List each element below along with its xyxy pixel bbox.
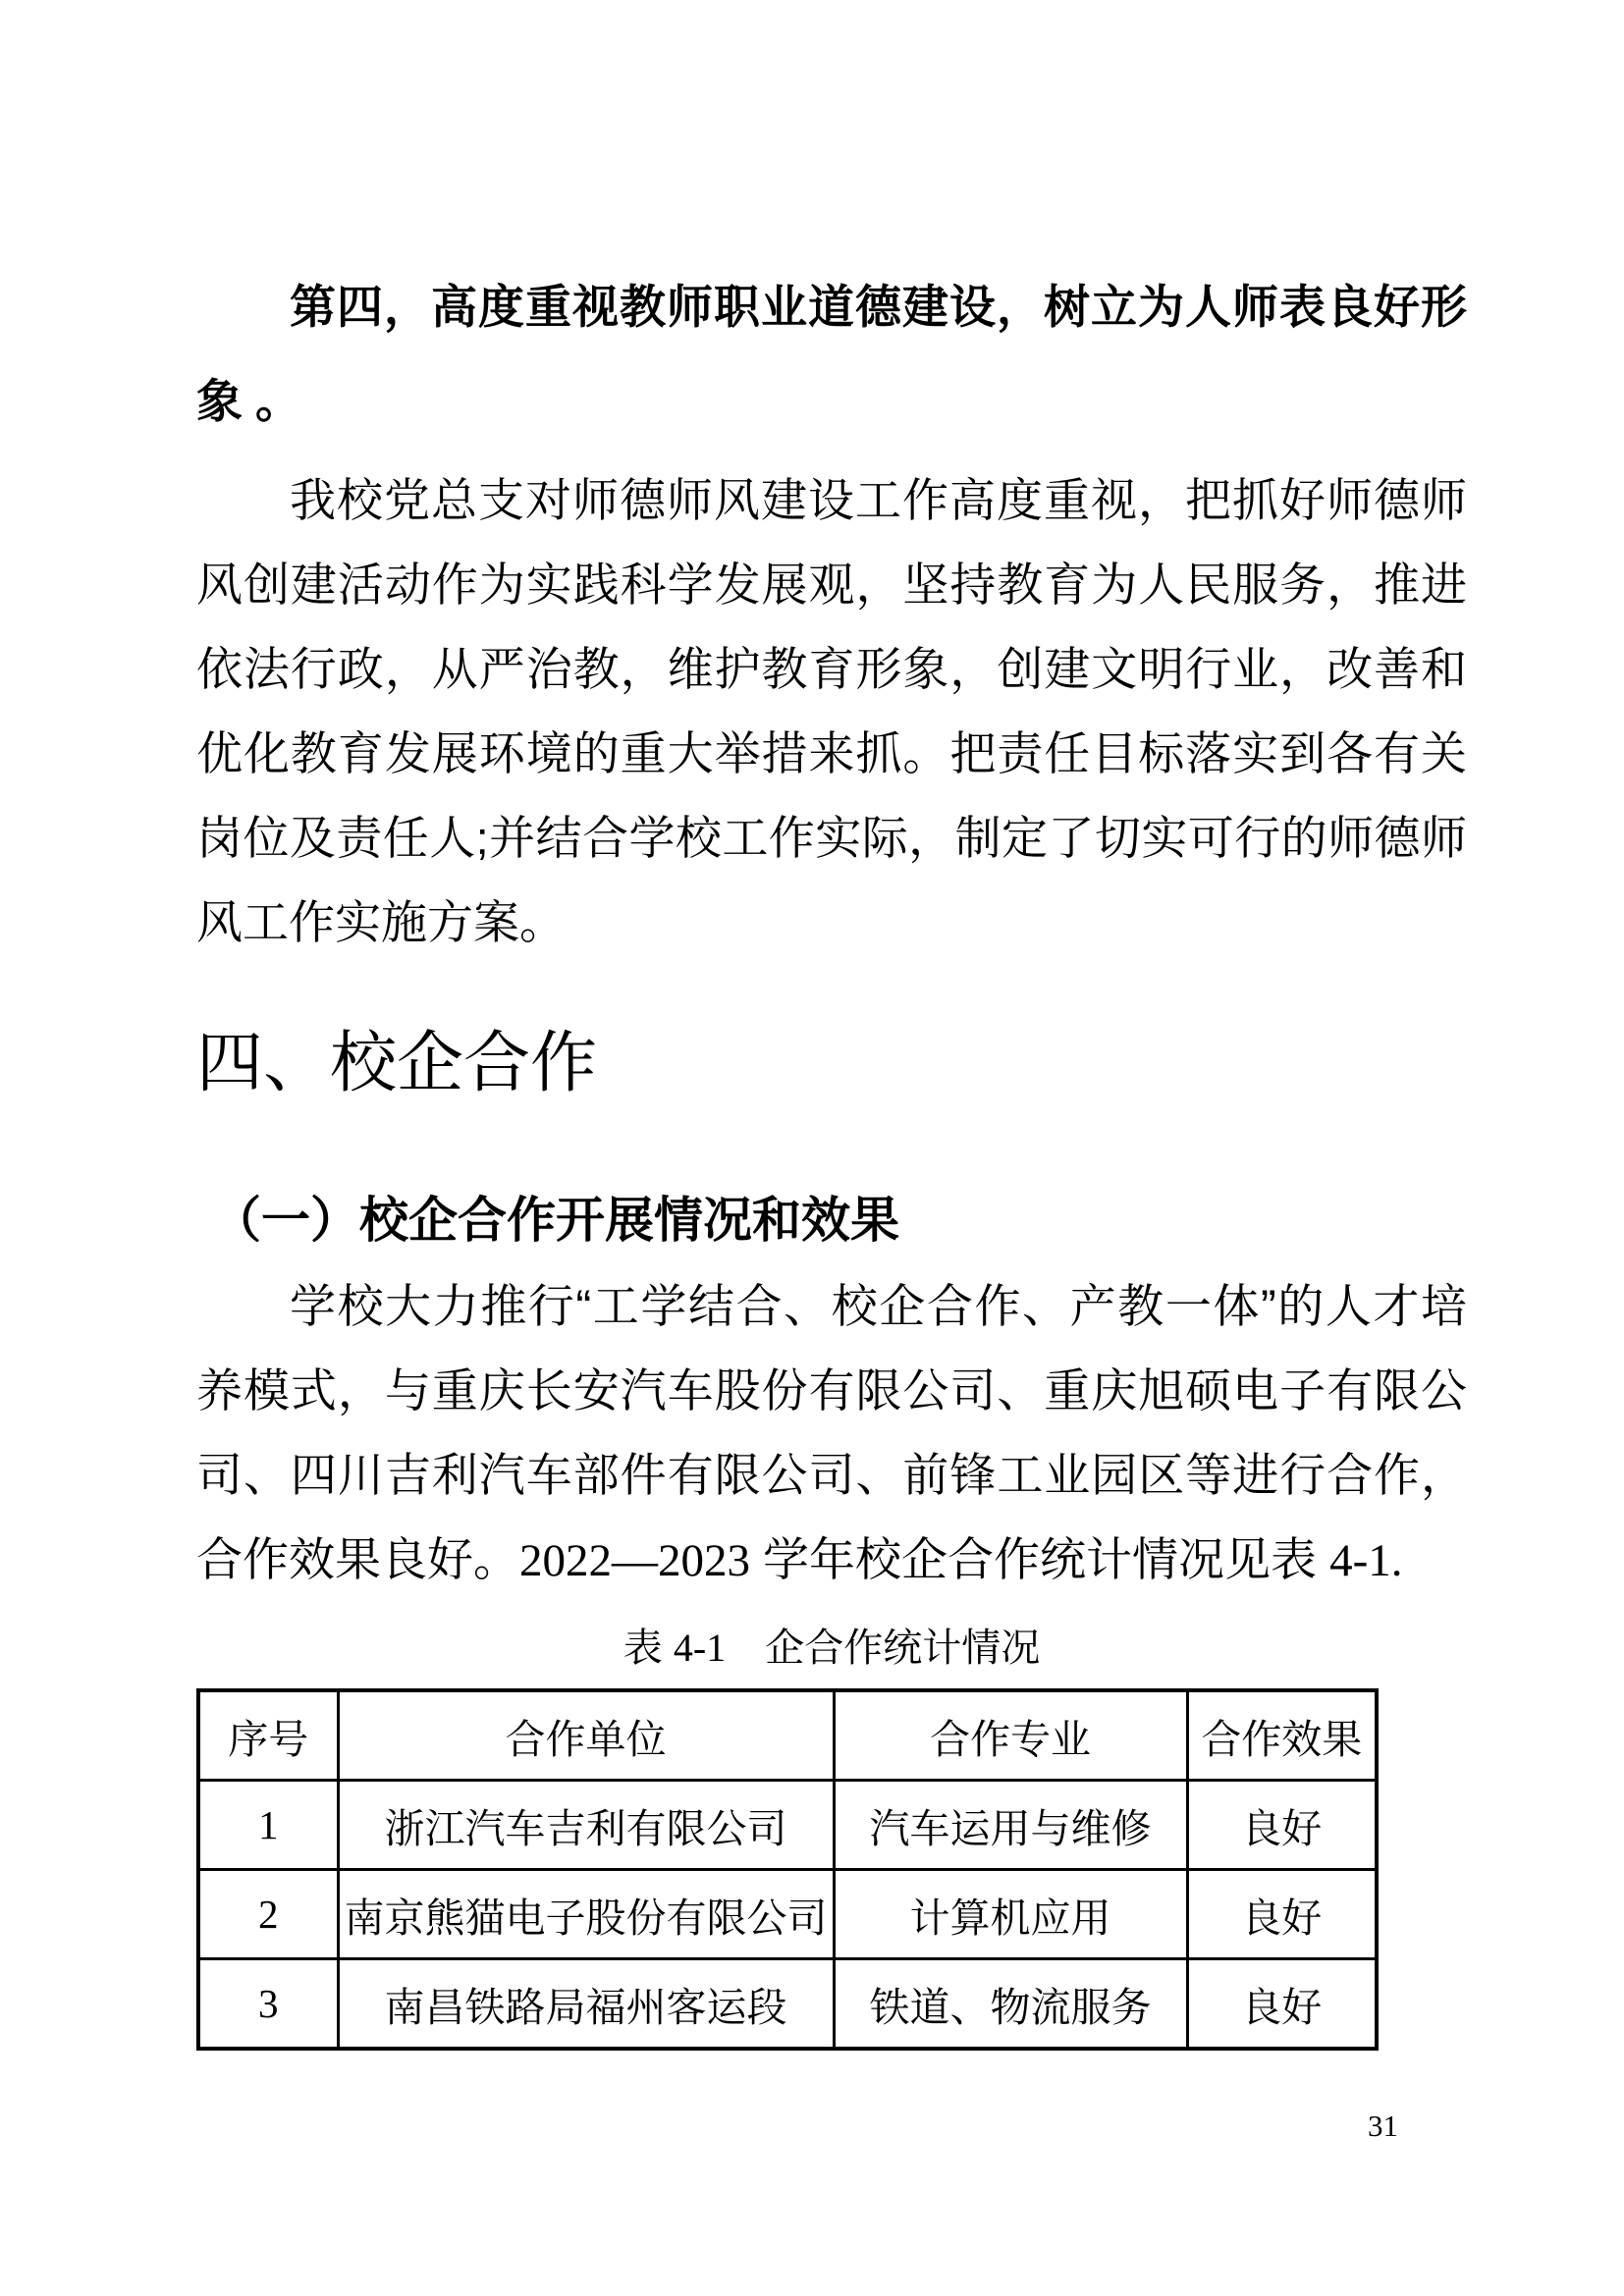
document-page: 第四，高度重视教师职业道德建设，树立为人师表良好形象 。 我校党总支对师德师风建… [0,0,1624,2296]
page-number: 31 [1368,2109,1398,2144]
table-row: 1 浙江汽车吉利有限公司 汽车运用与维修 良好 [198,1781,1377,1870]
cell-unit: 南京熊猫电子股份有限公司 [338,1870,834,1959]
paragraph-cooperation: 学校大力推行“工学结合、校企合作、产教一体”的人才培养模式，与重庆长安汽车股份有… [196,1264,1467,1603]
cell-effect: 良好 [1187,1959,1377,2050]
table-caption: 表 4-1 企合作统计情况 [196,1621,1467,1676]
cell-effect: 良好 [1187,1781,1377,1870]
section-heading: 第四，高度重视教师职业道德建设，树立为人师表良好形象 。 [196,260,1467,449]
table-header-row: 序号 合作单位 合作专业 合作效果 [198,1690,1377,1781]
chapter-heading: 四、校企合作 [196,1014,1467,1112]
cell-serial: 3 [198,1959,338,2050]
text-run-table-ref: 4-1. [1329,1535,1402,1586]
cell-effect: 良好 [1187,1870,1377,1959]
header-unit: 合作单位 [338,1690,834,1781]
subsection-heading: （一）校企合作开展情况和效果 [196,1186,1467,1255]
table-row: 3 南昌铁路局福州客运段 铁道、物流服务 良好 [198,1959,1377,2050]
cell-major: 铁道、物流服务 [834,1959,1187,2050]
caption-prefix: 表 [623,1627,674,1670]
cell-unit: 南昌铁路局福州客运段 [338,1959,834,2050]
table-row: 2 南京熊猫电子股份有限公司 计算机应用 良好 [198,1870,1377,1959]
cell-unit: 浙江汽车吉利有限公司 [338,1781,834,1870]
text-run-years: 2022—2023 [519,1535,750,1586]
cell-serial: 2 [198,1870,338,1959]
caption-number: 4-1 [674,1626,726,1670]
header-serial: 序号 [198,1690,338,1781]
cooperation-table: 序号 合作单位 合作专业 合作效果 1 浙江汽车吉利有限公司 汽车运用与维修 良… [196,1688,1379,2051]
cell-major: 汽车运用与维修 [834,1781,1187,1870]
text-run: 学年校企合作统计情况见表 [750,1533,1329,1585]
caption-title: 企合作统计情况 [726,1627,1040,1670]
page-content: 第四，高度重视教师职业道德建设，树立为人师表良好形象 。 我校党总支对师德师风建… [0,260,1624,2051]
cell-major: 计算机应用 [834,1870,1187,1959]
paragraph-teacher-ethics: 我校党总支对师德师风建设工作高度重视，把抓好师德师风创建活动作为实践科学发展观，… [196,458,1467,965]
header-major: 合作专业 [834,1690,1187,1781]
header-effect: 合作效果 [1187,1690,1377,1781]
cell-serial: 1 [198,1781,338,1870]
